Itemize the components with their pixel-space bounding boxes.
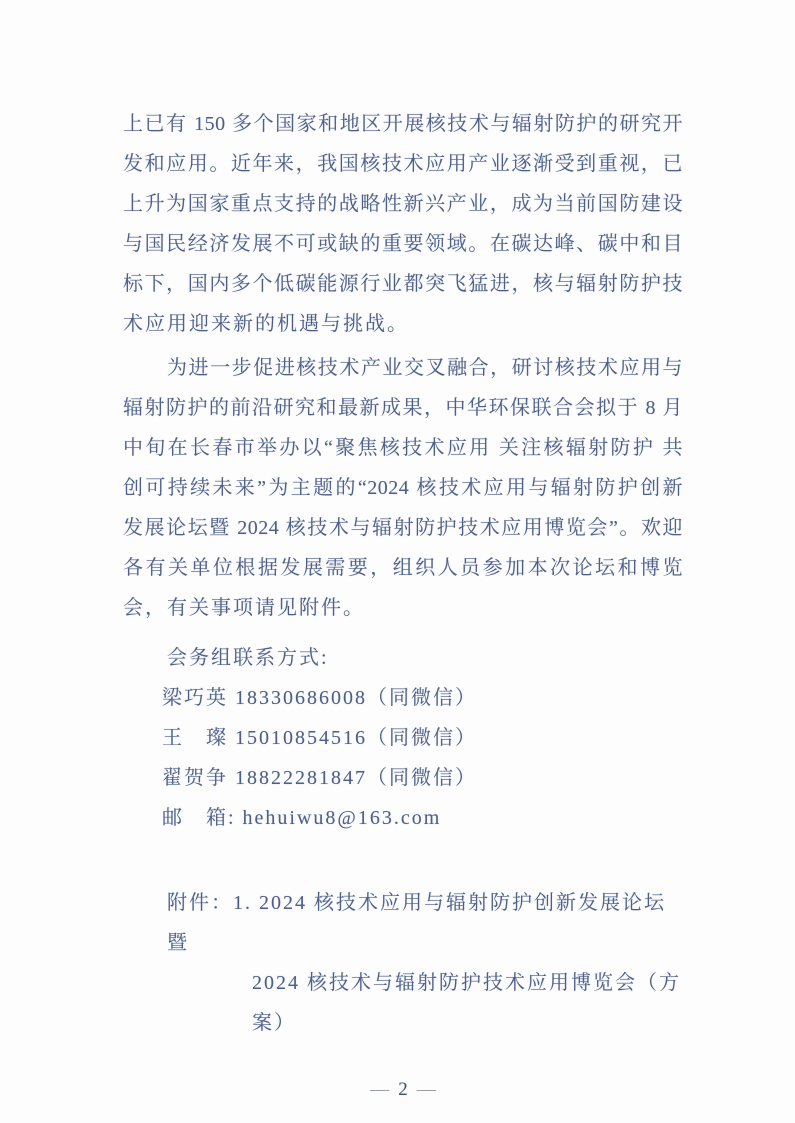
document-page: 上已有 150 多个国家和地区开展核技术与辐射防护的研究开 发和应用。近年来，我…: [0, 0, 795, 1123]
body-line: 会，有关事项请见附件。: [123, 588, 683, 628]
body-line: 辐射防护的前沿研究和最新成果，中华环保联合会拟于 8 月: [123, 388, 683, 428]
attachment-line: 2024 核技术与辐射防护技术应用博览会（方: [123, 963, 683, 1003]
body-line: 标下，国内多个低碳能源行业都突飞猛进，核与辐射防护技: [123, 264, 683, 304]
footer-dash-right: —: [417, 1079, 436, 1100]
body-line: 上已有 150 多个国家和地区开展核技术与辐射防护的研究开: [123, 104, 683, 144]
footer-dash-left: —: [370, 1079, 389, 1100]
body-line: 术应用迎来新的机遇与挑战。: [123, 304, 683, 344]
contact-line: 翟贺争 18822281847（同微信）: [123, 758, 683, 798]
contact-line: 梁巧英 18330686008（同微信）: [123, 678, 683, 718]
attachment-line: 案）: [123, 1003, 683, 1043]
attachment-line: 附件：1. 2024 核技术应用与辐射防护创新发展论坛暨: [123, 883, 683, 963]
body-line: 创可持续未来”为主题的“2024 核技术应用与辐射防护创新: [123, 468, 683, 508]
body-line: 与国民经济发展不可或缺的重要领域。在碳达峰、碳中和目: [123, 224, 683, 264]
body-line: 为进一步促进核技术产业交叉融合，研讨核技术应用与: [123, 348, 683, 388]
body-line: 各有关单位根据发展需要，组织人员参加本次论坛和博览: [123, 548, 683, 588]
page-footer: —2—: [123, 1070, 683, 1110]
body-line: 发和应用。近年来，我国核技术应用产业逐渐受到重视，已: [123, 144, 683, 184]
page-number: 2: [398, 1079, 408, 1100]
body-line: 中旬在长春市举办以“聚焦核技术应用 关注核辐射防护 共: [123, 428, 683, 468]
document-body: 上已有 150 多个国家和地区开展核技术与辐射防护的研究开 发和应用。近年来，我…: [123, 104, 683, 1110]
body-line: 发展论坛暨 2024 核技术与辐射防护技术应用博览会”。欢迎: [123, 508, 683, 548]
contact-line: 王 璨 15010854516（同微信）: [123, 718, 683, 758]
contact-heading: 会务组联系方式:: [123, 638, 683, 678]
email-line: 邮 箱: hehuiwu8@163.com: [123, 798, 683, 838]
body-line: 上升为国家重点支持的战略性新兴产业，成为当前国防建设: [123, 184, 683, 224]
